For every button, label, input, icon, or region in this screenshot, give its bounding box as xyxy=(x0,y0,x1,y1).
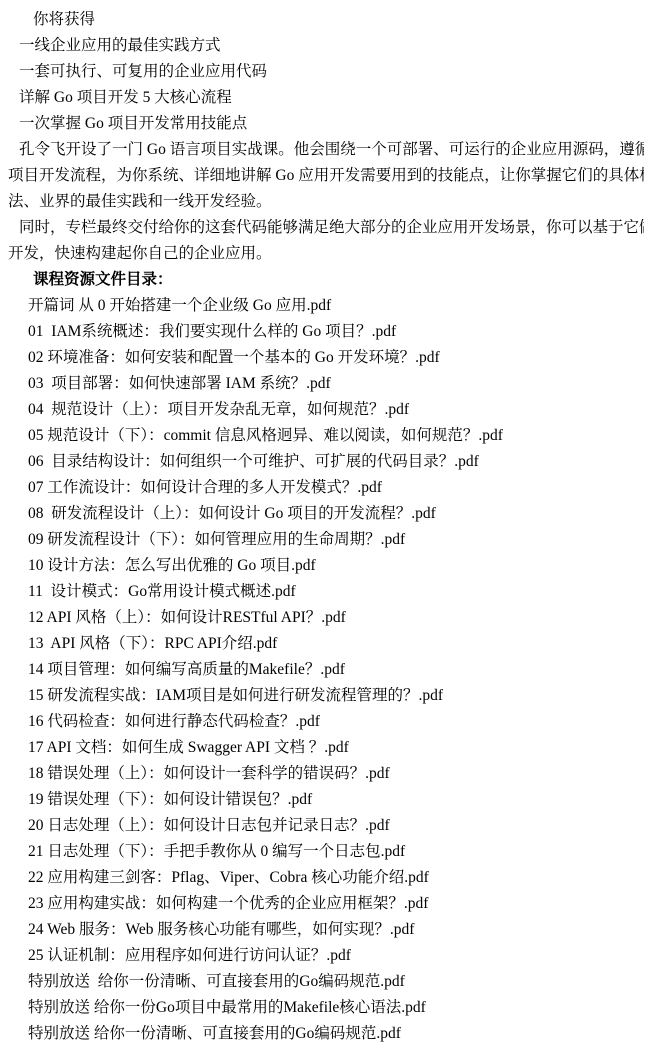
file-list-item: 24 Web 服务：Web 服务核心功能有哪些，如何实现？.pdf xyxy=(8,917,644,943)
file-list-item: 01 IAM系统概述：我们要实现什么样的 Go 项目？.pdf xyxy=(8,319,644,345)
file-list-item: 25 认证机制：应用程序如何进行访问认证？.pdf xyxy=(8,943,644,969)
file-list-item: 13 API 风格（下）：RPC API介绍.pdf xyxy=(8,631,644,657)
paragraph-line: 同时，专栏最终交付给你的这套代码能够满足绝大部分的企业应用开发场景，你可以基于它… xyxy=(8,215,644,241)
benefit-item: 一套可执行、可复用的企业应用代码 xyxy=(8,59,644,85)
file-list-item: 特别放送 给你一份清晰、可直接套用的Go编码规范.pdf xyxy=(8,1021,644,1047)
file-list-item: 03 项目部署：如何快速部署 IAM 系统？.pdf xyxy=(8,371,644,397)
file-list-item: 特别放送 给你一份清晰、可直接套用的Go编码规范.pdf xyxy=(8,969,644,995)
file-list-item: 15 研发流程实战：IAM项目是如何进行研发流程管理的？.pdf xyxy=(8,683,644,709)
file-list-item: 11 设计模式：Go常用设计模式概述.pdf xyxy=(8,579,644,605)
file-list-item: 07 工作流设计：如何设计合理的多人开发模式？.pdf xyxy=(8,475,644,501)
benefit-item: 一次掌握 Go 项目开发常用技能点 xyxy=(8,111,644,137)
benefit-item: 详解 Go 项目开发 5 大核心流程 xyxy=(8,85,644,111)
file-list-item: 05 规范设计（下）：commit 信息风格迥异、难以阅读，如何规范？.pdf xyxy=(8,423,644,449)
file-list-item: 02 环境准备：如何安装和配置一个基本的 Go 开发环境？.pdf xyxy=(8,345,644,371)
file-list-item: 04 规范设计（上）：项目开发杂乱无章，如何规范？.pdf xyxy=(8,397,644,423)
file-list-item: 12 API 风格（上）：如何设计RESTful API？.pdf xyxy=(8,605,644,631)
file-list-item: 17 API 文档：如何生成 Swagger API 文档 ？.pdf xyxy=(8,735,644,761)
benefits-list: 一线企业应用的最佳实践方式一套可执行、可复用的企业应用代码详解 Go 项目开发 … xyxy=(8,33,644,137)
file-list-item: 18 错误处理（上）：如何设计一套科学的错误码？.pdf xyxy=(8,761,644,787)
file-list-item: 20 日志处理（上）：如何设计日志包并记录日志？.pdf xyxy=(8,813,644,839)
file-list-item: 21 日志处理（下）：手把手教你从 0 编写一个日志包.pdf xyxy=(8,839,644,865)
paragraph-line: 法、业界的最佳实践和一线开发经验。 xyxy=(8,189,644,215)
intro-paragraph-2: 同时，专栏最终交付给你的这套代码能够满足绝大部分的企业应用开发场景，你可以基于它… xyxy=(8,215,644,267)
file-list-item: 10 设计方法：怎么写出优雅的 Go 项目.pdf xyxy=(8,553,644,579)
file-list-item: 09 研发流程设计（下）：如何管理应用的生命周期？.pdf xyxy=(8,527,644,553)
file-list-item: 08 研发流程设计（上）：如何设计 Go 项目的开发流程？.pdf xyxy=(8,501,644,527)
benefits-heading: 你将获得 xyxy=(8,7,644,33)
file-list-item: 22 应用构建三剑客：Pflag、Viper、Cobra 核心功能介绍.pdf xyxy=(8,865,644,891)
file-list-item: 14 项目管理：如何编写高质量的Makefile？.pdf xyxy=(8,657,644,683)
catalog-heading: 课程资源文件目录： xyxy=(8,267,644,293)
file-list: 开篇词 从 0 开始搭建一个企业级 Go 应用.pdf01 IAM系统概述：我们… xyxy=(8,293,644,1047)
paragraph-line: 开发，快速构建起你自己的企业应用。 xyxy=(8,241,644,267)
file-list-item: 19 错误处理（下）：如何设计错误包？.pdf xyxy=(8,787,644,813)
file-list-item: 06 目录结构设计：如何组织一个可维护、可扩展的代码目录？.pdf xyxy=(8,449,644,475)
paragraph-line: 项目开发流程，为你系统、详细地讲解 Go 应用开发需要用到的技能点，让你掌握它们… xyxy=(8,163,644,189)
course-description-document: 你将获得 一线企业应用的最佳实践方式一套可执行、可复用的企业应用代码详解 Go … xyxy=(0,0,650,1056)
file-list-item: 开篇词 从 0 开始搭建一个企业级 Go 应用.pdf xyxy=(8,293,644,319)
file-list-item: 16 代码检查：如何进行静态代码检查？.pdf xyxy=(8,709,644,735)
file-list-item: 特别放送 给你一份Go项目中最常用的Makefile核心语法.pdf xyxy=(8,995,644,1021)
paragraph-line: 孔令飞开设了一门 Go 语言项目实战课。他会围绕一个可部署、可运行的企业应用源码… xyxy=(8,137,644,163)
file-list-item: 23 应用构建实战：如何构建一个优秀的企业应用框架？.pdf xyxy=(8,891,644,917)
intro-paragraph-1: 孔令飞开设了一门 Go 语言项目实战课。他会围绕一个可部署、可运行的企业应用源码… xyxy=(8,137,644,215)
benefit-item: 一线企业应用的最佳实践方式 xyxy=(8,33,644,59)
